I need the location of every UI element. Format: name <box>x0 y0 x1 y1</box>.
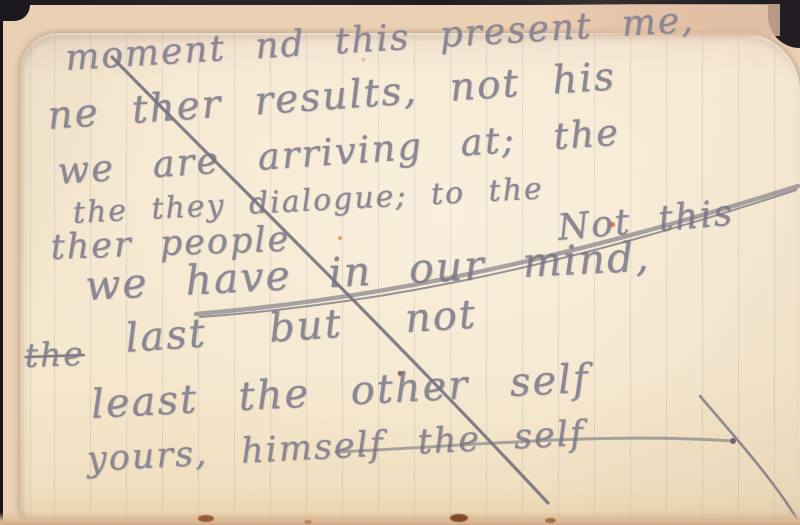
page-bottom-edge <box>0 512 800 525</box>
foxing-spot <box>610 222 615 227</box>
handwriting-layer: moment nd this present me,ne ther result… <box>0 0 800 525</box>
scanned-notebook-page: moment nd this present me,ne ther result… <box>0 0 800 525</box>
foxing-spot <box>450 514 468 522</box>
foxing-spot <box>338 236 342 240</box>
foxing-spot <box>545 518 556 523</box>
handwriting-line: the <box>24 334 85 375</box>
foxing-spot <box>198 515 214 522</box>
foxing-spot <box>362 58 365 61</box>
foxing-spot <box>304 520 312 524</box>
foxing-spot <box>398 372 402 376</box>
